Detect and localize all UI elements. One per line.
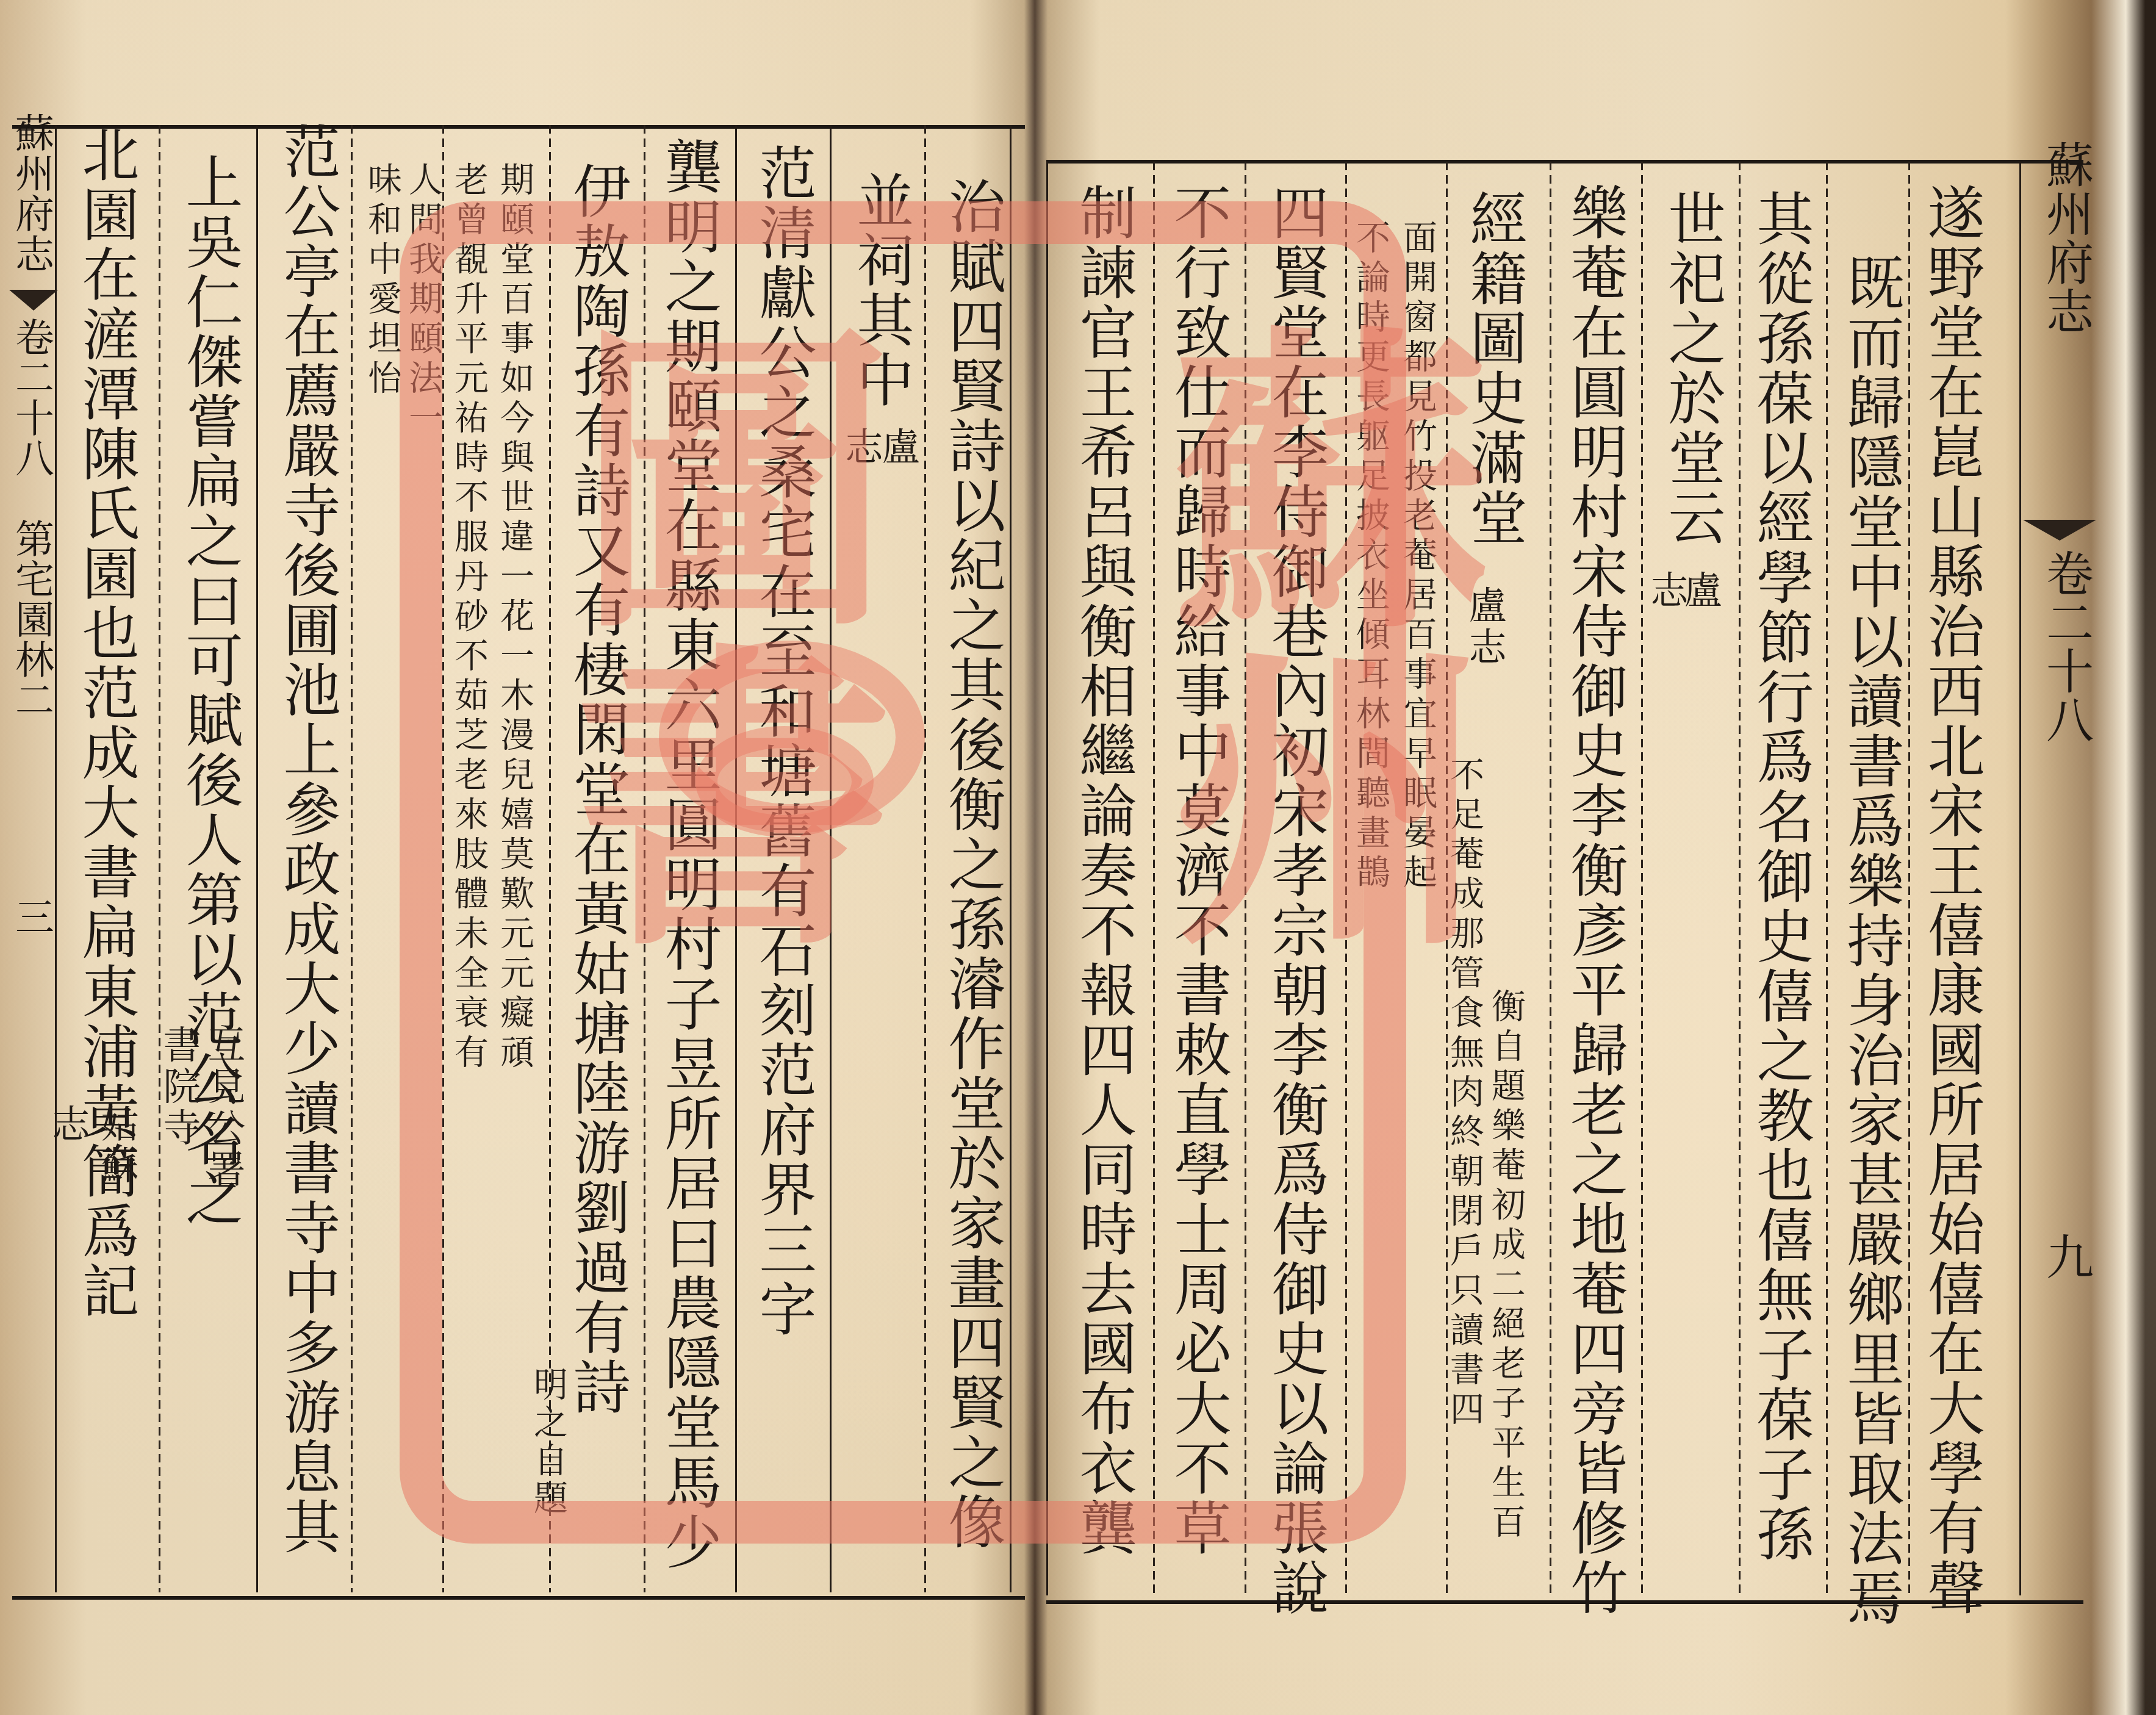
text-column: 其從孫葆以經學節行爲名御史僖之教也僖無子葆子孫	[1751, 189, 1808, 1564]
column-rule	[735, 125, 737, 1592]
column-rule	[1010, 125, 1012, 1592]
right-margin-page-number: 九	[2032, 1232, 2100, 1281]
text-column: 范清獻公之桑宅在至和塘舊有石刻范府界三字	[753, 143, 811, 1339]
inline-note: 衡自題樂菴初成二絕老子平生百	[1489, 988, 1523, 1544]
column-rule	[1345, 162, 1347, 1595]
left-margin-section: 第宅園林二	[3, 519, 59, 720]
text-column: 伊敖陶孫有詩又有棲閑堂在黃姑塘陸游劉過有詩	[567, 162, 625, 1417]
column-rule	[1739, 162, 1741, 1595]
column-rule	[1550, 162, 1551, 1595]
inline-note: 不足菴成那管食無肉終朝閉戶只讀書四	[1447, 757, 1481, 1431]
source-note: 姑蘇	[98, 1104, 135, 1187]
text-column: 遂野堂在崑山縣治西北宋王僖康國所居始僖在大學有聲	[1922, 183, 1979, 1618]
left-margin-page-number: 三	[3, 897, 59, 937]
left-margin-volume: 卷二十八	[3, 317, 59, 478]
source-note: 盧	[879, 427, 916, 469]
text-column: 既而歸隱堂中以讀書爲樂持身治家甚嚴鄉里皆取法焉	[1841, 253, 1899, 1628]
source-note: 書院寺	[160, 1025, 198, 1149]
column-rule	[1245, 162, 1246, 1595]
right-margin-title: 蘇州府志	[2032, 140, 2100, 336]
text-column: 不行致仕而歸時給事中莫濟不書敕直學士周必大不草	[1168, 183, 1226, 1558]
column-rule	[830, 125, 832, 1592]
inline-note: 老曾覩升平元祐時不服丹砂不茹芝老來肢體未全衰有	[451, 162, 486, 1074]
left-margin-title: 蘇州府志	[3, 113, 59, 274]
text-column: 治賦四賢詩以紀之其後衡之孫濬作堂於家畫四賢之像	[943, 177, 1000, 1552]
fishtail-mark	[9, 290, 58, 311]
text-column: 四賢堂在李侍御巷內初宋孝宗朝李衡爲侍御史以論張說	[1266, 183, 1323, 1618]
text-column: 龔明之期頤堂在縣東六里圓明村子昱所居曰農隱堂馬少	[659, 137, 716, 1572]
column-rule	[159, 125, 160, 1592]
column-rule	[1908, 162, 1910, 1595]
text-column: 經籍圖史滿堂	[1464, 189, 1522, 548]
fishtail-mark	[2023, 520, 2096, 541]
inline-note: 期頤堂百事如今與世違一花一木漫兒嬉莫歎元元癡頑	[497, 162, 531, 1074]
column-rule	[644, 125, 645, 1592]
column-rule	[2019, 162, 2021, 1595]
right-margin-volume: 卷二十八	[2032, 549, 2100, 744]
inline-note: 人問我期頤法一	[406, 162, 440, 439]
column-rule	[1153, 162, 1155, 1595]
inline-note: 面開窗都見竹投老菴居百事宜早眠晏起	[1400, 220, 1434, 894]
column-rule	[924, 125, 926, 1592]
source-note: 志	[842, 427, 880, 469]
text-column: 制諫官王希呂與衡相繼論奏不報四人同時去國布衣龔	[1074, 183, 1131, 1558]
source-note: 互見公署	[204, 1025, 242, 1191]
text-column: 范公亭在薦嚴寺後圃池上參政成大少讀書寺中多游息其	[278, 122, 335, 1557]
source-note: 志	[49, 1104, 87, 1146]
column-rule	[1641, 162, 1643, 1595]
text-column: 樂菴在圓明村宋侍御史李衡彥平歸老之地菴四旁皆修竹	[1565, 183, 1622, 1618]
column-rule	[351, 125, 353, 1592]
text-column: 世祀之於堂云	[1662, 189, 1720, 548]
inline-note: 不論時更長躯足披衣坐傾耳林間聽畫鵲	[1353, 220, 1387, 894]
source-note: 盧志	[1465, 586, 1503, 669]
column-rule	[256, 125, 258, 1592]
column-rule	[1046, 162, 1048, 1595]
column-rule	[1826, 162, 1828, 1595]
inline-note: 明之自題	[531, 1367, 565, 1518]
text-column: 並祠其中	[851, 171, 908, 410]
book-spread: 蘇州府志 卷二十八 九 遂野堂在崑山縣治西北宋王僖康國所居始僖在大學有聲 既而歸…	[0, 0, 2156, 1715]
source-note: 志	[1647, 570, 1685, 612]
inline-note: 味和中愛坦怡	[365, 162, 399, 400]
